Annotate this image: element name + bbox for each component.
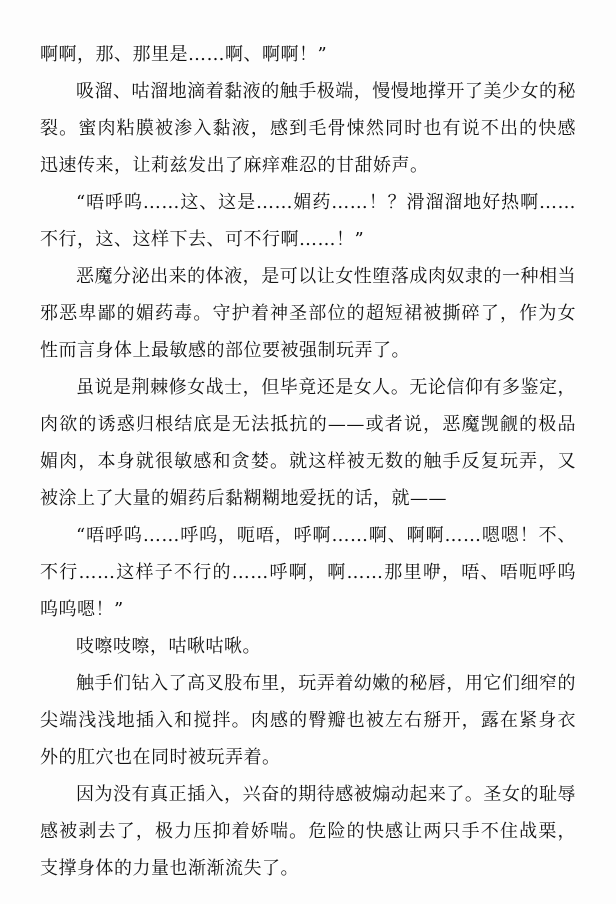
- paragraph: 触手们钻入了高叉股布里，玩弄着幼嫩的秘唇，用它们细窄的尖端浅浅地插入和搅拌。肉感…: [40, 665, 576, 776]
- paragraph: 吱嚓吱嚓，咕啾咕啾。: [40, 628, 576, 665]
- paragraph: “唔呼呜……这、这是……媚药……！？滑溜溜地好热啊……不行，这、这样下去、可不行…: [40, 184, 576, 258]
- paragraph: 恶魔分泌出来的体液，是可以让女性堕落成肉奴隶的一种相当邪恶卑鄙的媚药毒。守护着神…: [40, 258, 576, 369]
- paragraph: “唔呼呜……呼呜，呃唔，呼啊……啊、啊啊……嗯嗯！不、不行……这样子不行的……呼…: [40, 517, 576, 628]
- paragraph: 啊啊，那、那里是……啊、啊啊！”: [40, 36, 576, 73]
- document-page: 啊啊，那、那里是……啊、啊啊！” 吸溜、咕溜地滴着黏液的触手极端，慢慢地撑开了美…: [0, 0, 616, 904]
- paragraph: 虽说是荆棘修女战士，但毕竟还是女人。无论信仰有多鉴定，肉欲的诱惑归根结底是无法抵…: [40, 369, 576, 517]
- paragraph: 吸溜、咕溜地滴着黏液的触手极端，慢慢地撑开了美少女的秘裂。蜜肉粘膜被渗入黏液，感…: [40, 73, 576, 184]
- paragraph: 因为没有真正插入，兴奋的期待感被煽动起来了。圣女的耻辱感被剥去了，极力压抑着娇喘…: [40, 776, 576, 887]
